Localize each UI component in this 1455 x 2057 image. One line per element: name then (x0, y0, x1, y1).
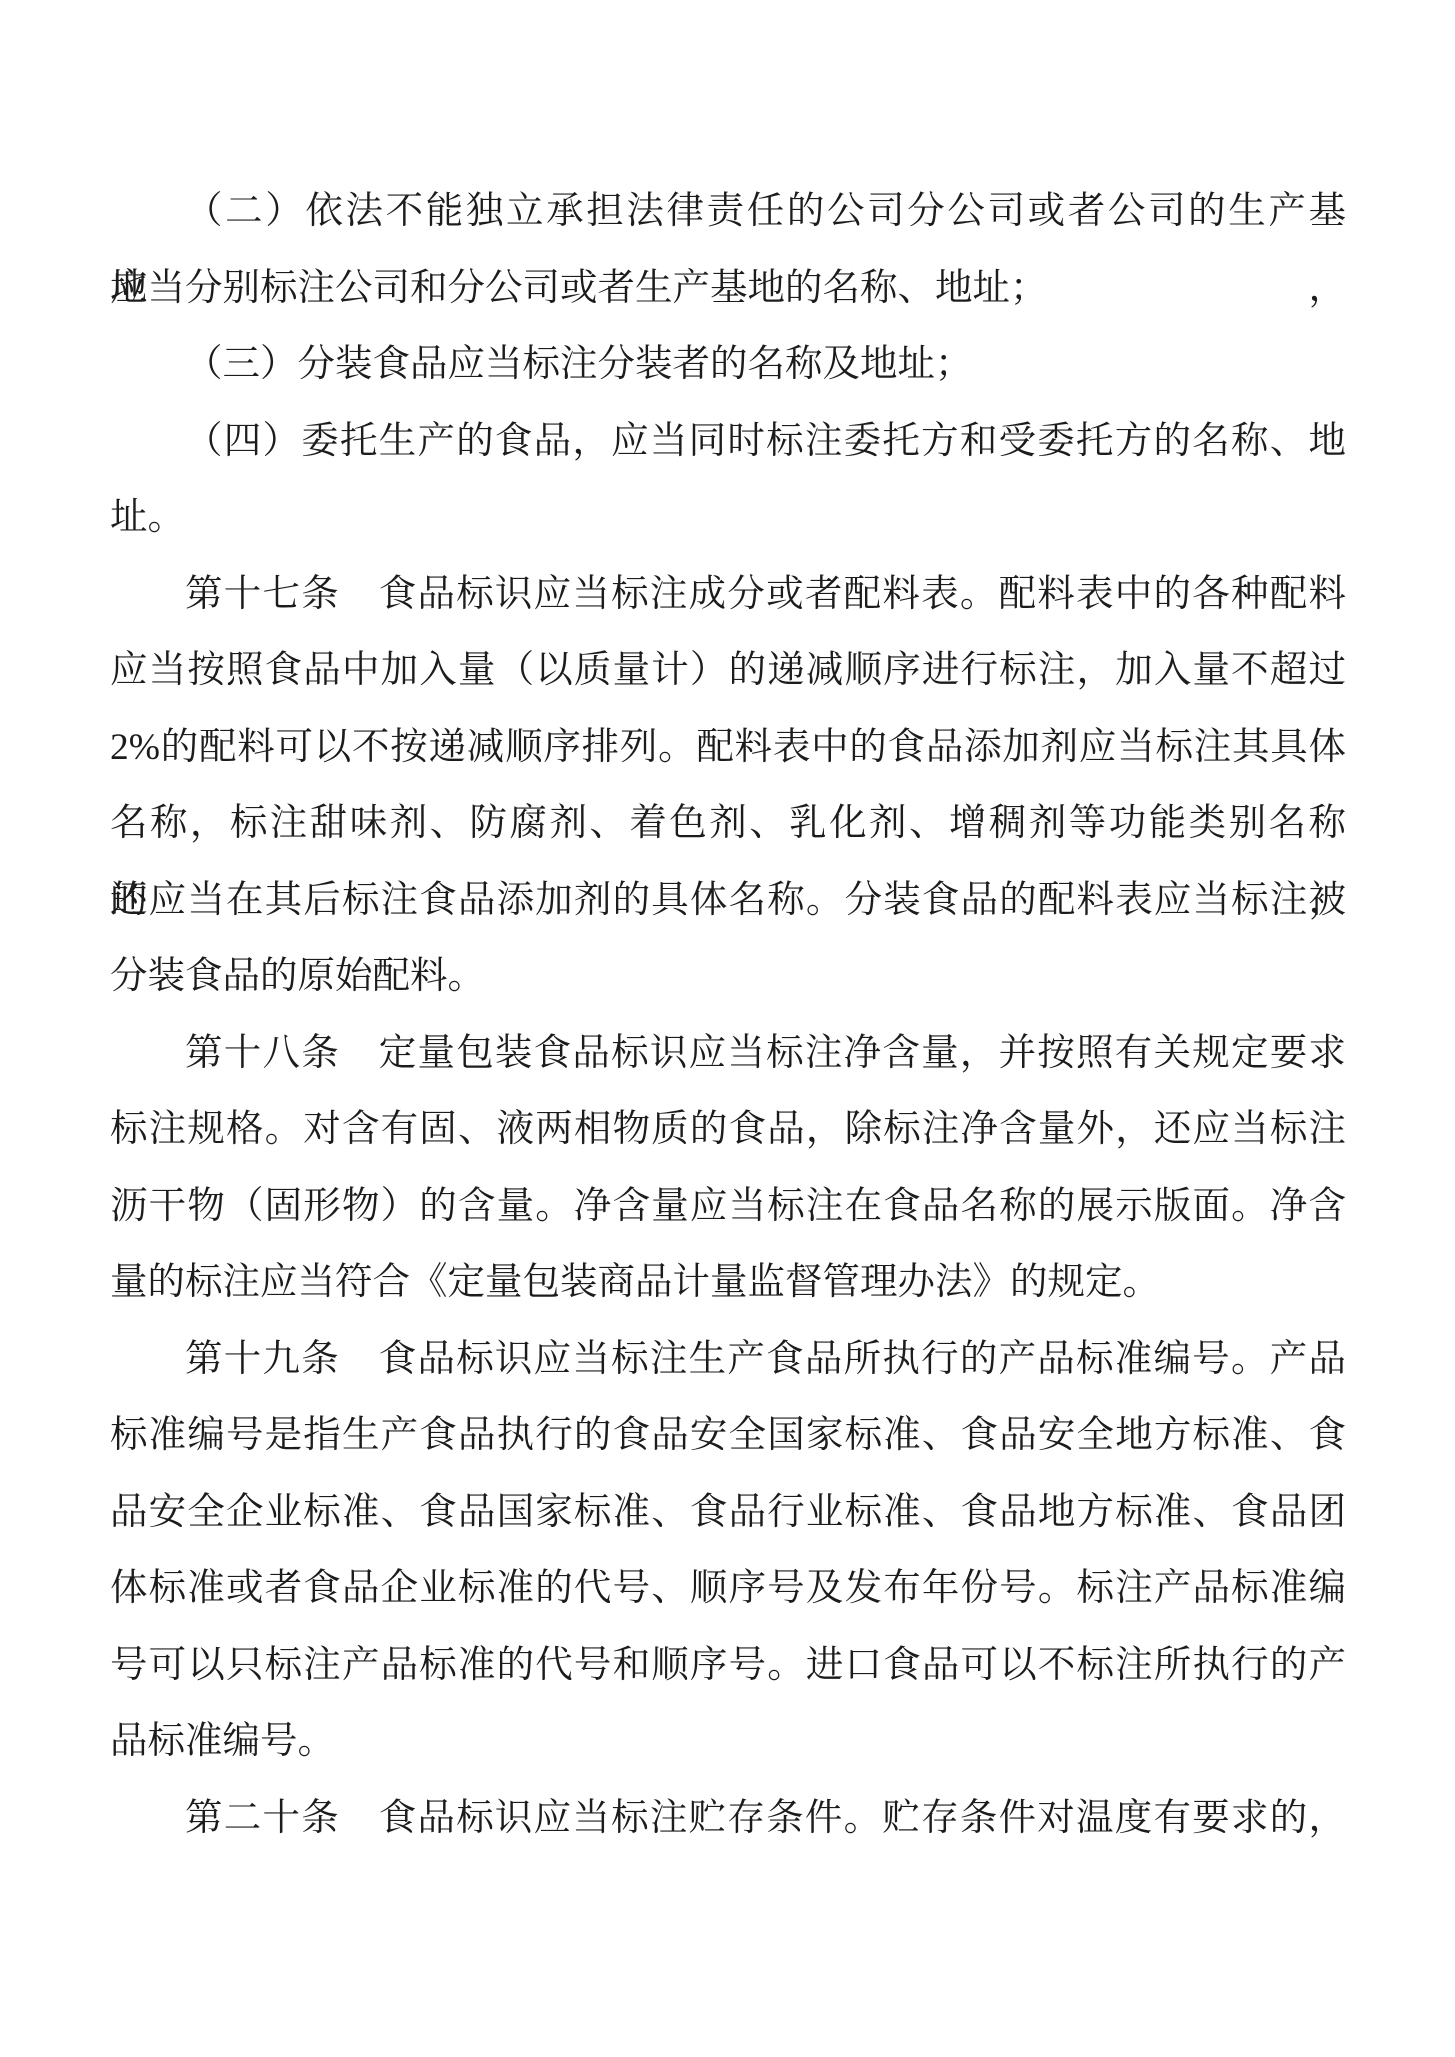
document-page: （二）依法不能独立承担法律责任的公司分公司或者公司的生产基地，应当分别标注公司和… (0, 0, 1455, 2057)
text-line: 标注规格。对含有固、液两相物质的食品，除标注净含量外，还应当标注 (110, 1092, 1346, 1169)
text-line: 品安全企业标准、食品国家标准、食品行业标准、食品地方标准、食品团 (110, 1475, 1346, 1552)
text-line: 第十八条 定量包装食品标识应当标注净含量，并按照有关规定要求 (110, 1016, 1346, 1093)
text-line: 第十七条 食品标识应当标注成分或者配料表。配料表中的各种配料 (110, 557, 1346, 634)
text-line: （四）委托生产的食品，应当同时标注委托方和受委托方的名称、地 (110, 404, 1346, 481)
text-line: 址。 (110, 480, 1346, 557)
text-line: 分装食品的原始配料。 (110, 939, 1346, 1016)
text-line: 体标准或者食品企业标准的代号、顺序号及发布年份号。标注产品标准编 (110, 1551, 1346, 1628)
text-line: 名称，标注甜味剂、防腐剂、着色剂、乳化剂、增稠剂等功能类别名称的， (110, 786, 1346, 863)
text-line: 量的标注应当符合《定量包装商品计量监督管理办法》的规定。 (110, 1245, 1346, 1322)
text-line: 号可以只标注产品标准的代号和顺序号。进口食品可以不标注所执行的产 (110, 1628, 1346, 1705)
document-text-block: （二）依法不能独立承担法律责任的公司分公司或者公司的生产基地，应当分别标注公司和… (110, 174, 1346, 1857)
text-line: 第二十条 食品标识应当标注贮存条件。贮存条件对温度有要求的， (110, 1781, 1346, 1858)
text-line: 2%的配料可以不按递减顺序排列。配料表中的食品添加剂应当标注其具体 (110, 710, 1346, 787)
text-line: （二）依法不能独立承担法律责任的公司分公司或者公司的生产基地， (110, 174, 1346, 251)
text-line: 标准编号是指生产食品执行的食品安全国家标准、食品安全地方标准、食 (110, 1398, 1346, 1475)
text-line: 应当按照食品中加入量（以质量计）的递减顺序进行标注，加入量不超过 (110, 633, 1346, 710)
text-line: 品标准编号。 (110, 1704, 1346, 1781)
text-line: 沥干物（固形物）的含量。净含量应当标注在食品名称的展示版面。净含 (110, 1169, 1346, 1246)
text-line: 还应当在其后标注食品添加剂的具体名称。分装食品的配料表应当标注被 (110, 863, 1346, 940)
text-line: （三）分装食品应当标注分装者的名称及地址； (110, 327, 1346, 404)
text-line: 第十九条 食品标识应当标注生产食品所执行的产品标准编号。产品 (110, 1322, 1346, 1399)
